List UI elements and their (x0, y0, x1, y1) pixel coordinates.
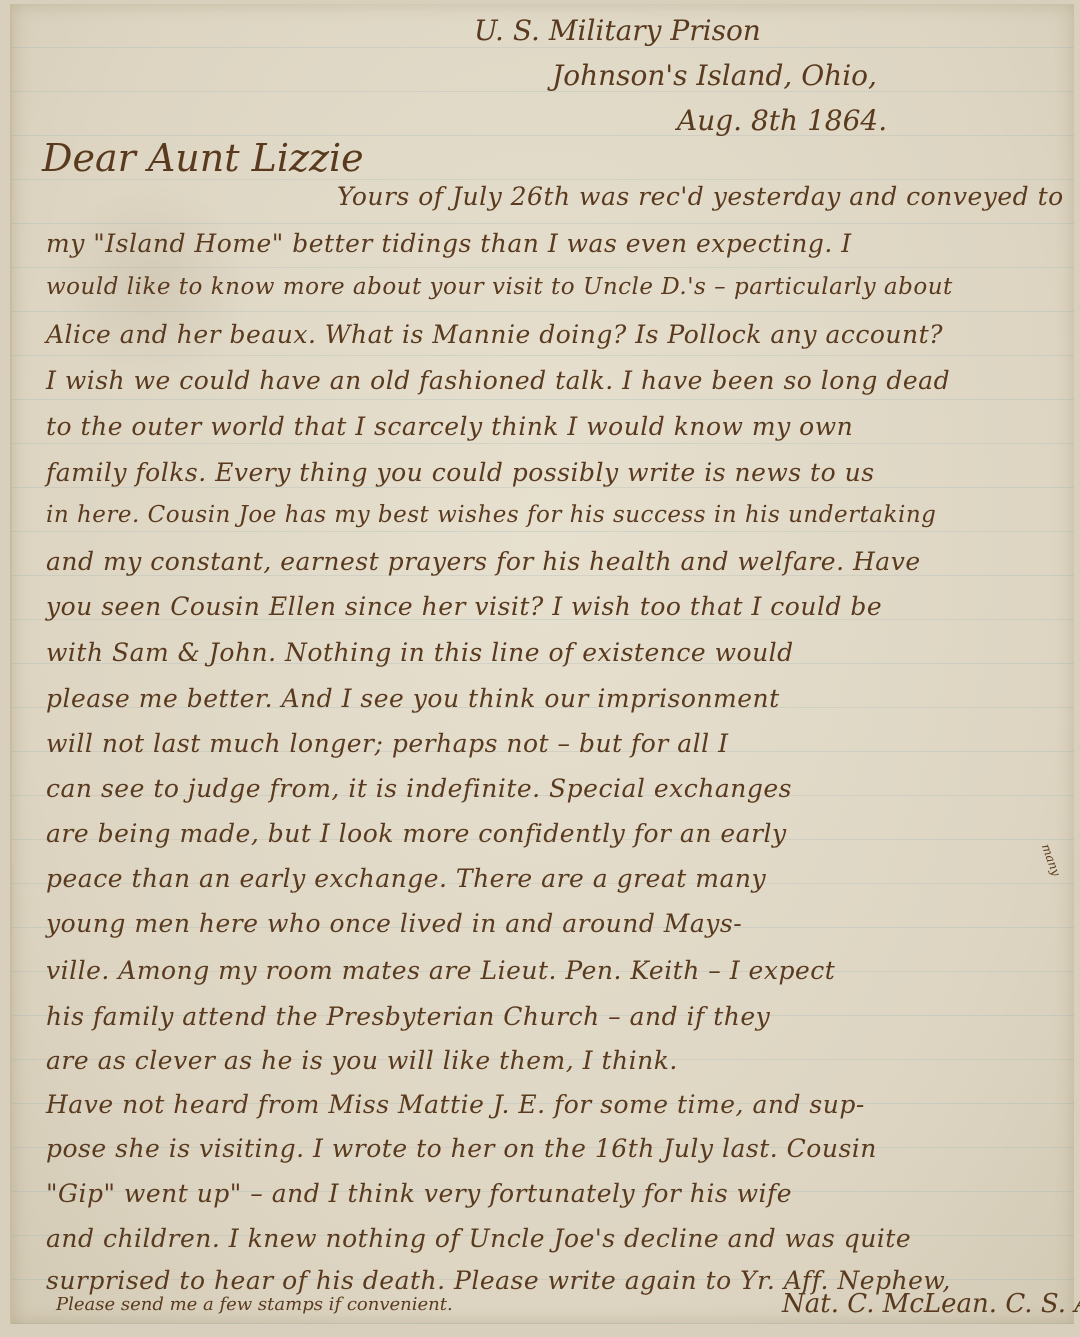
body-line: can see to judge from, it is indefinite.… (46, 774, 792, 803)
body-line: are as clever as he is you will like the… (46, 1046, 678, 1075)
body-line: and my constant, earnest prayers for his… (46, 547, 921, 576)
body-line: are being made, but I look more confiden… (46, 819, 787, 848)
body-line: to the outer world that I scarcely think… (46, 412, 853, 441)
body-line: his family attend the Presbyterian Churc… (46, 1002, 770, 1031)
postscript: Please send me a few stamps if convenien… (56, 1294, 453, 1315)
body-line: would like to know more about your visit… (46, 274, 953, 300)
salutation: Dear Aunt Lizzie (42, 136, 364, 180)
margin-insertion-note: many (1039, 842, 1063, 878)
body-line: young men here who once lived in and aro… (46, 909, 742, 938)
body-line: Yours of July 26th was rec'd yesterday a… (337, 182, 1064, 211)
body-line: and children. I knew nothing of Uncle Jo… (46, 1224, 911, 1253)
signature: Nat. C. McLean. C. S. A. (782, 1289, 1080, 1319)
heading-date: Aug. 8th 1864. (677, 104, 887, 137)
body-line: Have not heard from Miss Mattie J. E. fo… (46, 1090, 865, 1119)
heading-prison: U. S. Military Prison (474, 14, 761, 47)
body-line: please me better. And I see you think ou… (46, 684, 780, 713)
body-line: with Sam & John. Nothing in this line of… (46, 638, 794, 667)
body-line: ville. Among my room mates are Lieut. Pe… (46, 956, 835, 985)
body-line: will not last much longer; perhaps not –… (46, 729, 728, 758)
letter-page: U. S. Military Prison Johnson's Island, … (10, 4, 1074, 1324)
body-line: pose she is visiting. I wrote to her on … (46, 1134, 877, 1163)
body-line: you seen Cousin Ellen since her visit? I… (46, 592, 882, 621)
heading-location: Johnson's Island, Ohio, (552, 59, 877, 92)
body-line: family folks. Every thing you could poss… (46, 458, 875, 487)
body-line: my "Island Home" better tidings than I w… (46, 229, 852, 258)
body-line: I wish we could have an old fashioned ta… (46, 366, 950, 395)
body-line: peace than an early exchange. There are … (46, 864, 766, 893)
body-line: Alice and her beaux. What is Mannie doin… (46, 320, 943, 349)
body-line: in here. Cousin Joe has my best wishes f… (46, 502, 936, 528)
body-line: "Gip" went up" – and I think very fortun… (46, 1179, 792, 1208)
